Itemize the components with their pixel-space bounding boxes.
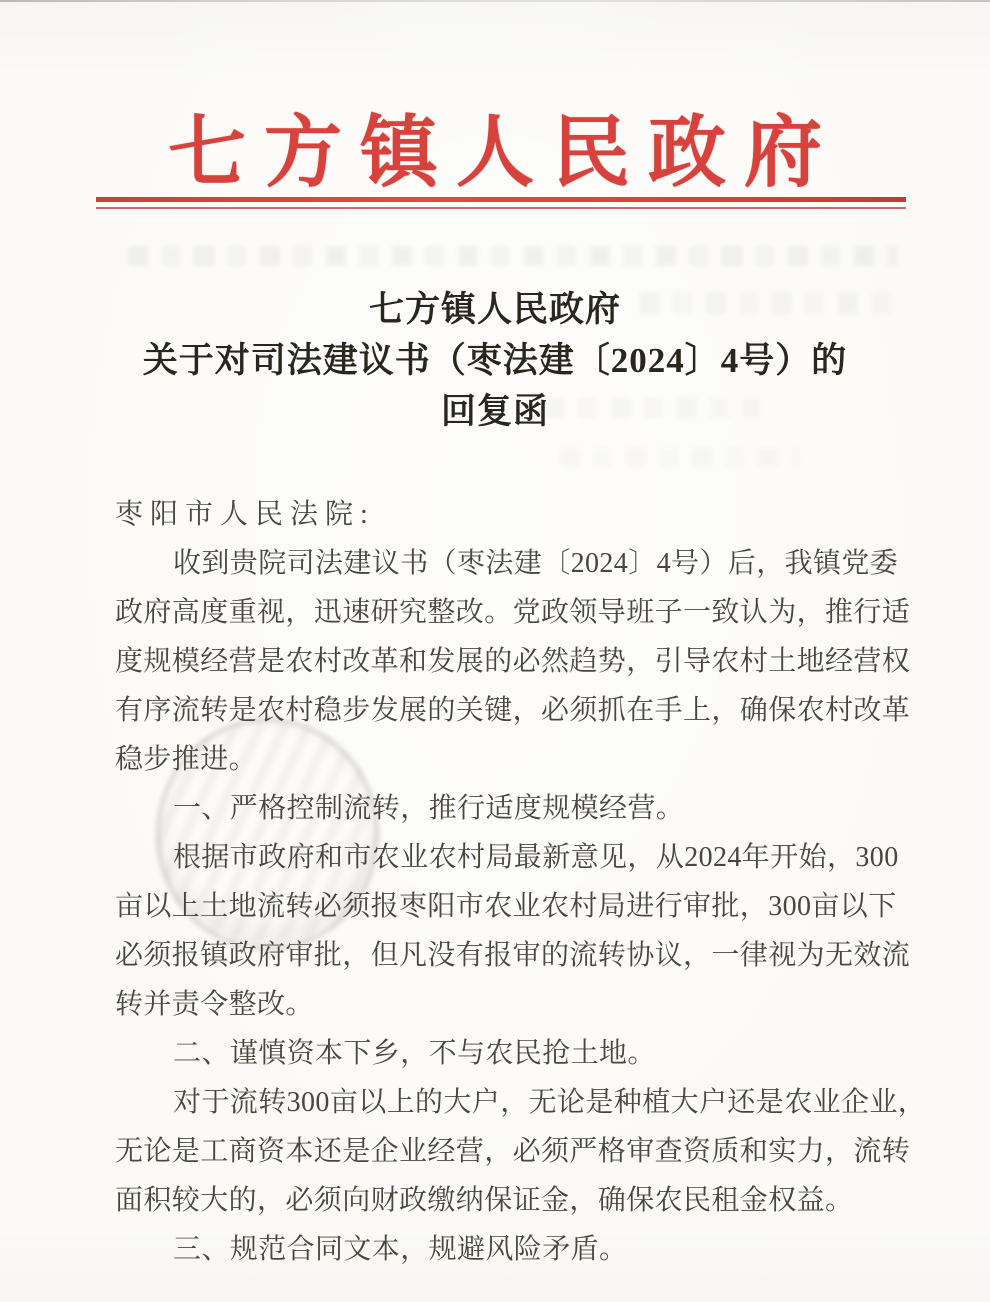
ink-bleedthrough-artifact bbox=[560, 448, 800, 468]
body-line: 根据市政府和市农业农村局最新意见，从2024年开始，300 bbox=[115, 833, 915, 882]
body-line: 政府高度重视，迅速研究整改。党政领导班子一致认为，推行适 bbox=[115, 588, 915, 637]
divider-thick-line bbox=[96, 197, 906, 202]
body-line: 必须报镇政府审批，但凡没有报审的流转协议，一律视为无效流 bbox=[115, 931, 915, 980]
body-line: 有序流转是农村稳步发展的关键，必须抓在手上，确保农村改革 bbox=[115, 686, 915, 735]
body-line: 对于流转300亩以上的大户，无论是种植大户还是农业企业， bbox=[115, 1078, 915, 1127]
recipient-salutation: 枣阳市人民法院: bbox=[115, 490, 915, 539]
body-line: 面积较大的，必须向财政缴纳保证金，确保农民租金权益。 bbox=[115, 1176, 915, 1225]
document-body: 枣阳市人民法院: 收到贵院司法建议书（枣法建〔2024〕4号）后，我镇党委 政府… bbox=[115, 490, 915, 1274]
scanned-document-page: 七方镇人民政府 七方镇人民政府 关于对司法建议书（枣法建〔2024〕4号）的 回… bbox=[0, 0, 990, 1302]
title-line-1: 七方镇人民政府 bbox=[0, 284, 990, 335]
body-line: 转并责令整改。 bbox=[115, 980, 915, 1029]
divider-thin-line bbox=[96, 207, 906, 209]
body-line: 亩以上土地流转必须报枣阳市农业农村局进行审批，300亩以下 bbox=[115, 882, 915, 931]
section-heading-2: 二、谨慎资本下乡，不与农民抢土地。 bbox=[115, 1029, 915, 1078]
section-heading-1: 一、严格控制流转，推行适度规模经营。 bbox=[115, 784, 915, 833]
letterhead-agency-name: 七方镇人民政府 bbox=[0, 90, 990, 202]
title-line-2: 关于对司法建议书（枣法建〔2024〕4号）的 bbox=[0, 335, 990, 386]
section-heading-3: 三、规范合同文本，规避风险矛盾。 bbox=[115, 1225, 915, 1274]
document-title: 七方镇人民政府 关于对司法建议书（枣法建〔2024〕4号）的 回复函 bbox=[0, 284, 990, 437]
title-line-3: 回复函 bbox=[0, 386, 990, 437]
body-line: 度规模经营是农村改革和发展的必然趋势，引导农村土地经营权 bbox=[115, 637, 915, 686]
letterhead-divider bbox=[96, 197, 906, 209]
body-line: 无论是工商资本还是企业经营，必须严格审查资质和实力，流转 bbox=[115, 1127, 915, 1176]
body-line: 稳步推进。 bbox=[115, 735, 915, 784]
scan-edge-artifact bbox=[0, 0, 990, 2]
body-line: 收到贵院司法建议书（枣法建〔2024〕4号）后，我镇党委 bbox=[115, 539, 915, 588]
ink-bleedthrough-artifact bbox=[128, 246, 898, 266]
